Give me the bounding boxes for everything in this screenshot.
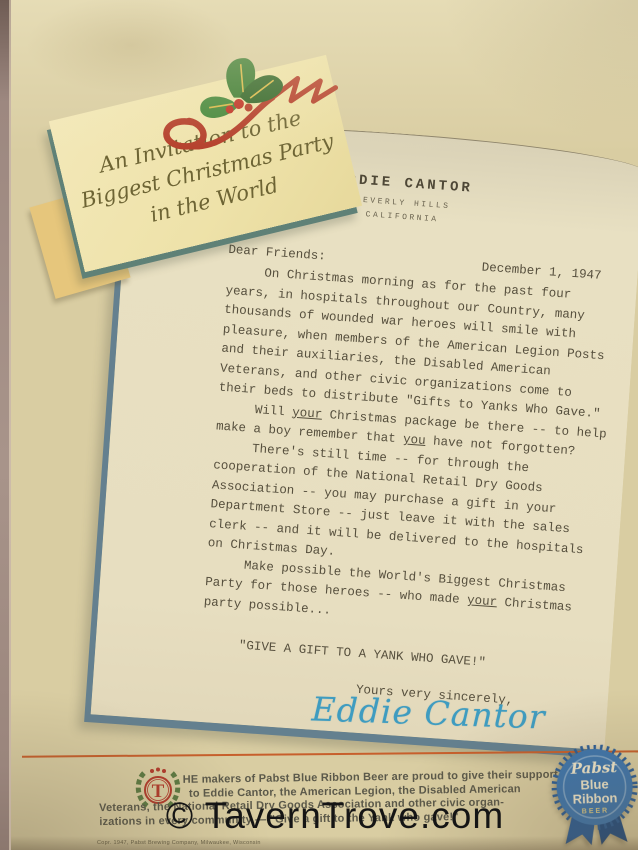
badge-word-beer: BEER (582, 808, 610, 816)
copyright-line: Copr. 1947, Pabst Brewing Company, Milwa… (97, 840, 261, 846)
letter-body: On Christmas morning as for the past fou… (203, 262, 609, 639)
letter-slogan: "GIVE A GIFT TO A YANK WHO GAVE!" (238, 636, 583, 679)
pabst-blue-ribbon-badge: Pabst Blue Ribbon BEER (541, 743, 638, 850)
magazine-page-edges (0, 0, 11, 850)
badge-word-ribbon: Ribbon (572, 790, 617, 807)
signature: Eddie Cantor (311, 699, 579, 728)
badge-brand: Pabst (569, 758, 617, 778)
watermark-text: © TavernTrove.com (149, 795, 521, 837)
advertisement-page: EDDIE CANTOR BEVERLY HILLS CALIFORNIA De… (11, 0, 638, 850)
